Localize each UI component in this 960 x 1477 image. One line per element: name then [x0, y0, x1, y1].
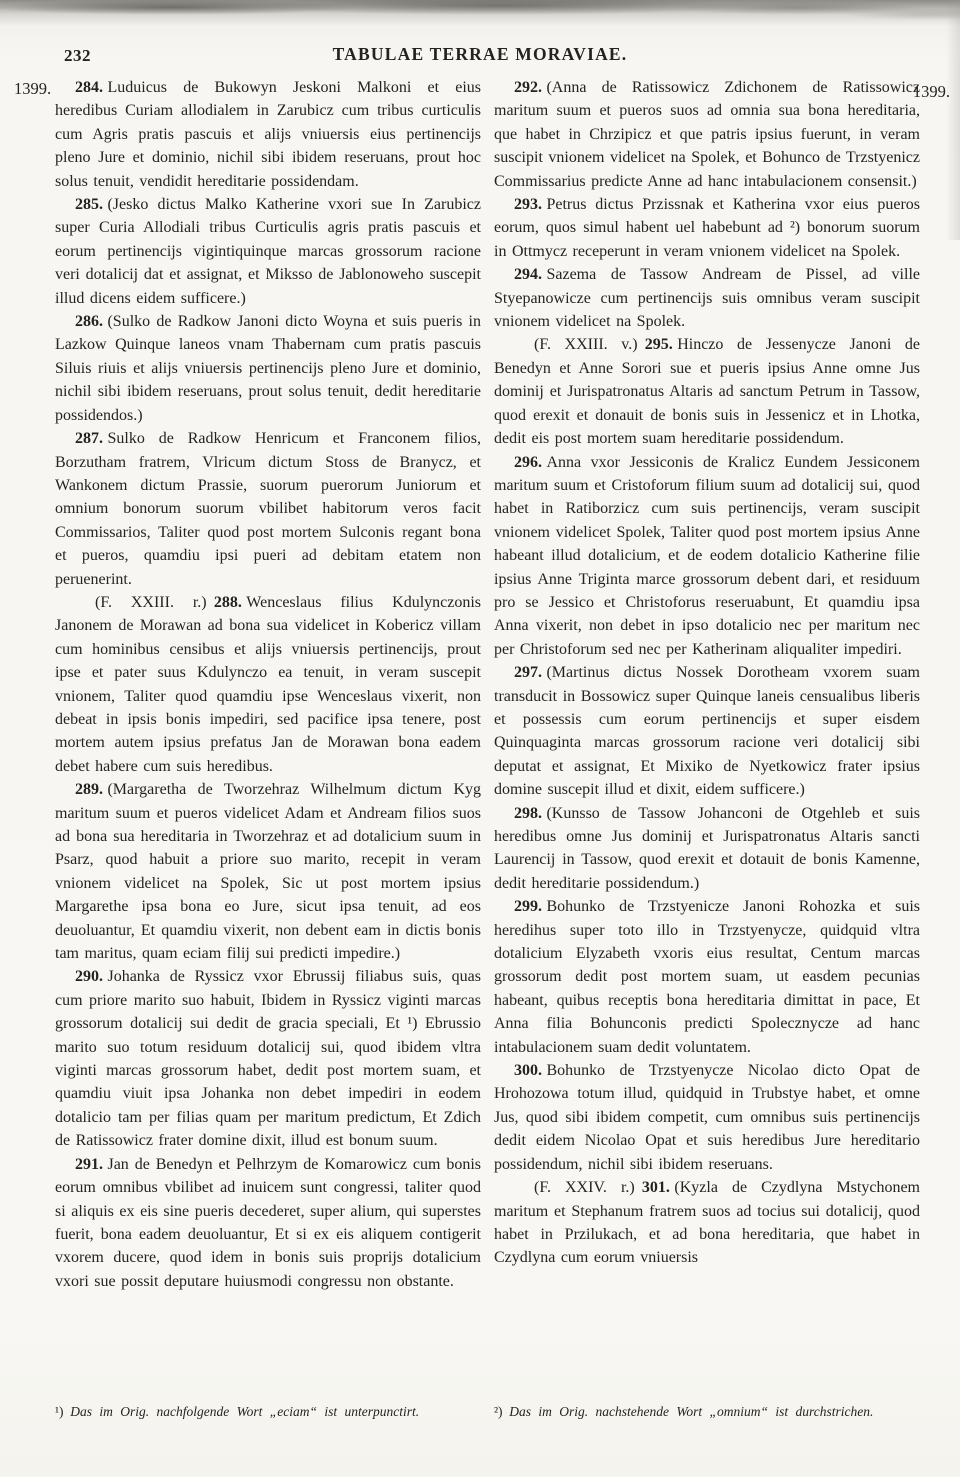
- footnote-2: ²)Das im Orig. nachstehende Wort „omnium…: [494, 1402, 920, 1422]
- entry-number: 287.: [75, 430, 103, 447]
- left-column: 284.Luduicus de Bukowyn Jeskoni Malkoni …: [55, 76, 481, 1293]
- entry-296: 296.Anna vxor Jessiconis de Kralicz Eund…: [494, 451, 920, 662]
- entry-number: 292.: [514, 79, 542, 96]
- footnote-marker: ¹): [55, 1404, 64, 1419]
- running-title: TABULAE TERRAE MORAVIAE.: [0, 44, 960, 65]
- entry-text: Bohunko de Trzstyenycze Nicolao dicto Op…: [494, 1062, 920, 1173]
- entry-number: 284.: [75, 79, 103, 96]
- entry-text: Petrus dictus Przissnak et Katherina vxo…: [494, 196, 920, 260]
- entry-text: (Margaretha de Tworzehraz Wilhelmum dict…: [55, 781, 481, 962]
- entry-286: 286.(Sulko de Radkow Janoni dicto Woyna …: [55, 310, 481, 427]
- entry-287: 287.Sulko de Radkow Henricum et Francone…: [55, 427, 481, 591]
- page-header: 232 TABULAE TERRAE MORAVIAE.: [0, 44, 960, 68]
- entry-number: 295.: [645, 336, 673, 353]
- entry-text: (Jesko dictus Malko Katherine vxori sue …: [55, 196, 481, 307]
- folio-reference: (F. XXIII. r.): [95, 594, 207, 611]
- entry-number: 289.: [75, 781, 103, 798]
- entry-text: Sazema de Tassow Andream de Pissel, ad v…: [494, 266, 920, 330]
- entry-294: 294.Sazema de Tassow Andream de Pissel, …: [494, 263, 920, 333]
- book-page-scan: 232 TABULAE TERRAE MORAVIAE. 1399. 1399.…: [0, 0, 960, 1477]
- right-column: 292.(Anna de Ratissowicz Zdichonem de Ra…: [494, 76, 920, 1293]
- scan-edge-top: [0, 0, 960, 26]
- entry-number: 291.: [75, 1156, 103, 1173]
- entry-290: 290.Johanka de Ryssicz vxor Ebrussij fil…: [55, 965, 481, 1152]
- entry-number: 299.: [514, 898, 542, 915]
- folio-reference: (F. XXIII. v.): [534, 336, 638, 353]
- entry-number: 300.: [514, 1062, 542, 1079]
- entry-300: 300.Bohunko de Trzstyenycze Nicolao dict…: [494, 1059, 920, 1176]
- entry-number: 297.: [514, 664, 542, 681]
- entry-298: 298.(Kunsso de Tassow Johanconi de Otgeh…: [494, 802, 920, 896]
- entry-text: (Kunsso de Tassow Johanconi de Otgehleb …: [494, 805, 920, 892]
- footnote-text: Das im Orig. nachfolgende Wort „eciam“ i…: [70, 1404, 419, 1419]
- margin-year-left: 1399.: [14, 79, 51, 99]
- entry-text: (Anna de Ratissowicz Zdichonem de Ratiss…: [494, 79, 920, 190]
- entry-number: 290.: [75, 968, 103, 985]
- footnote-1: ¹)Das im Orig. nachfolgende Wort „eciam“…: [55, 1402, 481, 1422]
- entry-289: 289.(Margaretha de Tworzehraz Wilhelmum …: [55, 778, 481, 965]
- entry-text: Anna vxor Jessiconis de Kralicz Eundem J…: [494, 454, 920, 658]
- footnote-marker: ²): [494, 1404, 503, 1419]
- entry-number: 293.: [514, 196, 542, 213]
- entry-291: 291.Jan de Benedyn et Pelhrzym de Komaro…: [55, 1153, 481, 1293]
- entry-text: Jan de Benedyn et Pelhrzym de Komarowicz…: [55, 1156, 481, 1290]
- entry-299: 299.Bohunko de Trzstyenicze Janoni Rohoz…: [494, 895, 920, 1059]
- entry-text: (Martinus dictus Nossek Dorotheam vxorem…: [494, 664, 920, 798]
- text-columns: 284.Luduicus de Bukowyn Jeskoni Malkoni …: [55, 76, 921, 1293]
- entry-292: 292.(Anna de Ratissowicz Zdichonem de Ra…: [494, 76, 920, 193]
- entry-301: (F. XXIV. r.)301.(Kyzla de Czydlyna Msty…: [494, 1176, 920, 1270]
- entry-295: (F. XXIII. v.)295.Hinczo de Jessenycze J…: [494, 333, 920, 450]
- entry-text: Bohunko de Trzstyenicze Janoni Rohozka e…: [494, 898, 920, 1055]
- entry-number: 301.: [642, 1179, 670, 1196]
- entry-293: 293.Petrus dictus Przissnak et Katherina…: [494, 193, 920, 263]
- entry-number: 285.: [75, 196, 103, 213]
- entry-284: 284.Luduicus de Bukowyn Jeskoni Malkoni …: [55, 76, 481, 193]
- footnotes: ¹)Das im Orig. nachfolgende Wort „eciam“…: [55, 1402, 921, 1422]
- entry-number: 298.: [514, 805, 542, 822]
- folio-reference: (F. XXIV. r.): [534, 1179, 635, 1196]
- entry-text: Sulko de Radkow Henricum et Franconem fi…: [55, 430, 481, 587]
- entry-text: Hinczo de Jessenycze Janoni de Benedyn e…: [494, 336, 920, 447]
- entry-text: Johanka de Ryssicz vxor Ebrussij filiabu…: [55, 968, 481, 1149]
- entry-text: Wenceslaus filius Kdulynczonis Janonem d…: [55, 594, 481, 775]
- entry-text: (Sulko de Radkow Janoni dicto Woyna et s…: [55, 313, 481, 424]
- entry-number: 288.: [214, 594, 242, 611]
- footnote-text: Das im Orig. nachstehende Wort „omnium“ …: [509, 1404, 873, 1419]
- entry-288: (F. XXIII. r.)288.Wenceslaus filius Kdul…: [55, 591, 481, 778]
- entry-number: 294.: [514, 266, 542, 283]
- entry-297: 297.(Martinus dictus Nossek Dorotheam vx…: [494, 661, 920, 801]
- entry-number: 286.: [75, 313, 103, 330]
- entry-285: 285.(Jesko dictus Malko Katherine vxori …: [55, 193, 481, 310]
- scan-edge-right: [946, 0, 960, 240]
- entry-text: Luduicus de Bukowyn Jeskoni Malkoni et e…: [55, 79, 481, 190]
- entry-number: 296.: [514, 454, 542, 471]
